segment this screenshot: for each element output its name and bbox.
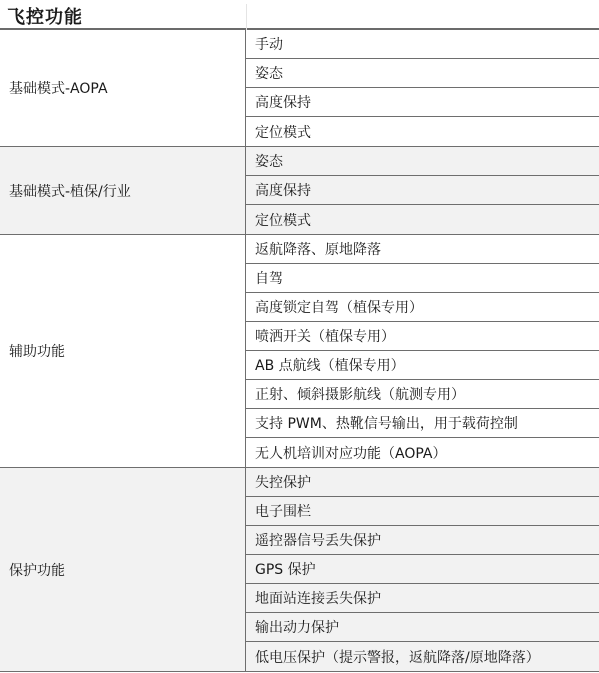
feature-item: 定位模式 [246, 117, 599, 146]
feature-item: 电子围栏 [246, 497, 599, 526]
feature-item: 定位模式 [246, 205, 599, 234]
feature-item: 输出动力保护 [246, 613, 599, 642]
group-basic-aopa: 基础模式-AOPA 手动 姿态 高度保持 定位模式 [0, 30, 599, 147]
feature-item: 自驾 [246, 264, 599, 293]
feature-item: 无人机培训对应功能（AOPA） [246, 438, 599, 467]
feature-item: 高度保持 [246, 88, 599, 117]
table-header: 飞控功能 [0, 0, 599, 30]
feature-item: 返航降落、原地降落 [246, 235, 599, 264]
group-basic-plant-protection: 基础模式-植保/行业 姿态 高度保持 定位模式 [0, 147, 599, 235]
feature-item: AB 点航线（植保专用） [246, 351, 599, 380]
feature-item: 正射、倾斜摄影航线（航测专用） [246, 380, 599, 409]
feature-item: 低电压保护（提示警报，返航降落/原地降落） [246, 642, 599, 671]
feature-item: 失控保护 [246, 468, 599, 497]
table-title: 飞控功能 [7, 3, 83, 29]
header-divider [246, 4, 247, 30]
group-label: 辅助功能 [0, 235, 246, 467]
feature-item: 遥控器信号丢失保护 [246, 526, 599, 555]
group-protection: 保护功能 失控保护 电子围栏 遥控器信号丢失保护 GPS 保护 地面站连接丢失保… [0, 468, 599, 672]
group-label: 保护功能 [0, 468, 246, 671]
feature-item: 高度锁定自驾（植保专用） [246, 293, 599, 322]
feature-item: 地面站连接丢失保护 [246, 584, 599, 613]
group-label: 基础模式-植保/行业 [0, 147, 246, 234]
feature-item: 高度保持 [246, 176, 599, 205]
feature-item: 喷洒开关（植保专用） [246, 322, 599, 351]
group-auxiliary: 辅助功能 返航降落、原地降落 自驾 高度锁定自驾（植保专用） 喷洒开关（植保专用… [0, 235, 599, 468]
feature-item: GPS 保护 [246, 555, 599, 584]
feature-item: 手动 [246, 30, 599, 59]
feature-item: 姿态 [246, 147, 599, 176]
group-label: 基础模式-AOPA [0, 30, 246, 146]
feature-item: 姿态 [246, 59, 599, 88]
feature-item: 支持 PWM、热靴信号输出，用于载荷控制 [246, 409, 599, 438]
